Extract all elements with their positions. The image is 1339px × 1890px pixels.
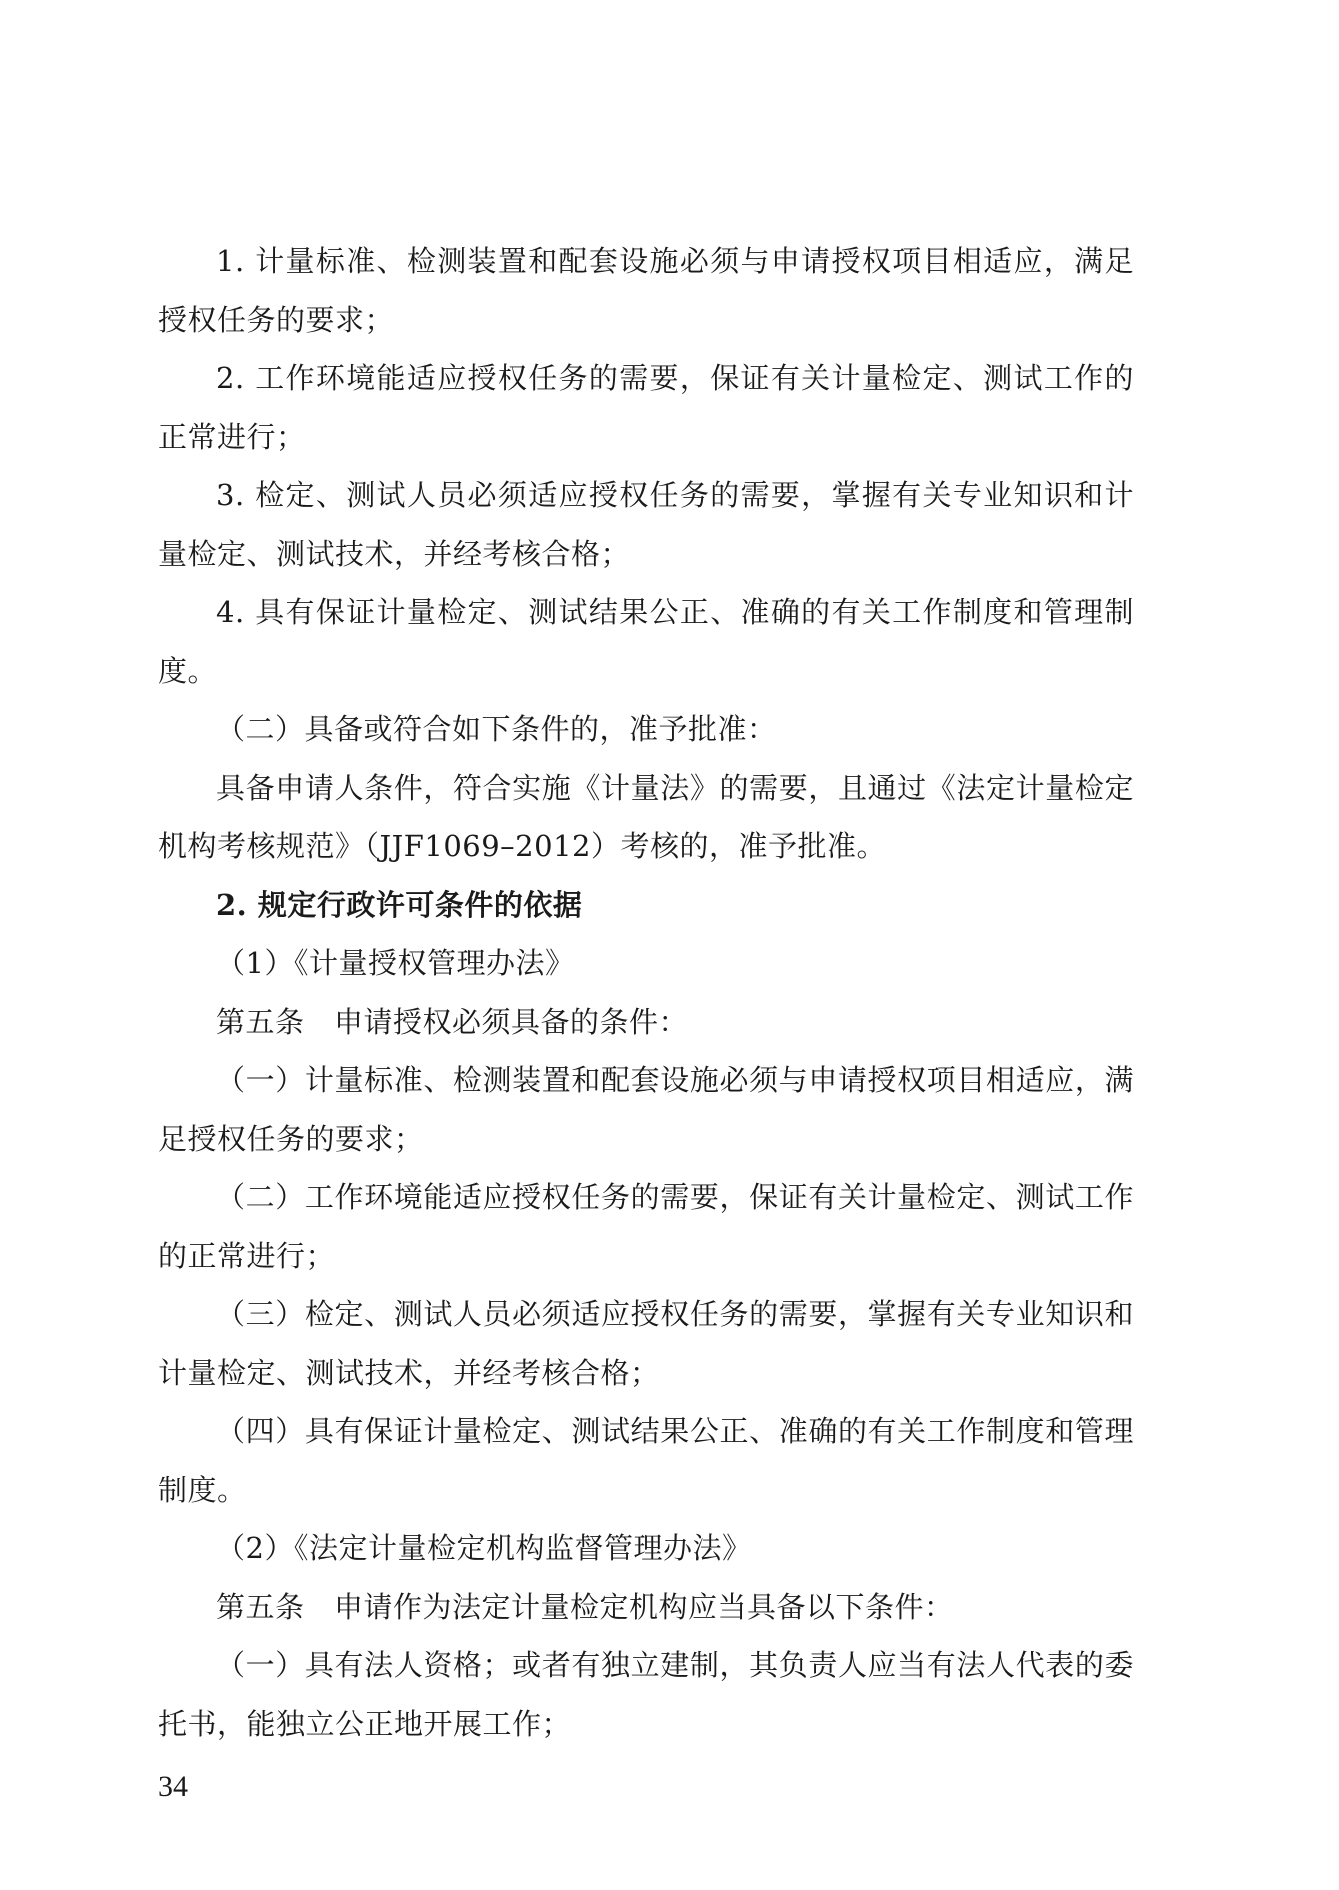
document-body: 1. 计量标准、检测装置和配套设施必须与申请授权项目相适应，满足授权任务的要求；… — [158, 232, 1134, 1753]
paragraph-clause-b-1: （一）具有法人资格；或者有独立建制，其负责人应当有法人代表的委托书，能独立公正地… — [158, 1636, 1134, 1753]
paragraph-article-5-a: 第五条 申请授权必须具备的条件： — [158, 993, 1134, 1052]
paragraph-clause-3: （三）检定、测试人员必须适应授权任务的需要，掌握有关专业知识和计量检定、测试技术… — [158, 1285, 1134, 1402]
page-number: 34 — [158, 1770, 188, 1804]
paragraph-article-5-b: 第五条 申请作为法定计量检定机构应当具备以下条件： — [158, 1578, 1134, 1637]
paragraph-item-3: 3. 检定、测试人员必须适应授权任务的需要，掌握有关专业知识和计量检定、测试技术… — [158, 466, 1134, 583]
paragraph-regulation-2-title: （2）《法定计量检定机构监督管理办法》 — [158, 1519, 1134, 1578]
paragraph-clause-1: （一）计量标准、检测装置和配套设施必须与申请授权项目相适应，满足授权任务的要求； — [158, 1051, 1134, 1168]
paragraph-item-2: 2. 工作环境能适应授权任务的需要，保证有关计量检定、测试工作的正常进行； — [158, 349, 1134, 466]
paragraph-approval-conditions: （二）具备或符合如下条件的，准予批准： — [158, 700, 1134, 759]
paragraph-regulation-1-title: （1）《计量授权管理办法》 — [158, 934, 1134, 993]
paragraph-clause-2: （二）工作环境能适应授权任务的需要，保证有关计量检定、测试工作的正常进行； — [158, 1168, 1134, 1285]
section-heading-basis: 2. 规定行政许可条件的依据 — [158, 876, 1134, 935]
paragraph-item-4: 4. 具有保证计量检定、测试结果公正、准确的有关工作制度和管理制度。 — [158, 583, 1134, 700]
paragraph-item-1: 1. 计量标准、检测装置和配套设施必须与申请授权项目相适应，满足授权任务的要求； — [158, 232, 1134, 349]
paragraph-clause-4: （四）具有保证计量检定、测试结果公正、准确的有关工作制度和管理制度。 — [158, 1402, 1134, 1519]
paragraph-approval-detail: 具备申请人条件，符合实施《计量法》的需要，且通过《法定计量检定机构考核规范》（J… — [158, 759, 1134, 876]
